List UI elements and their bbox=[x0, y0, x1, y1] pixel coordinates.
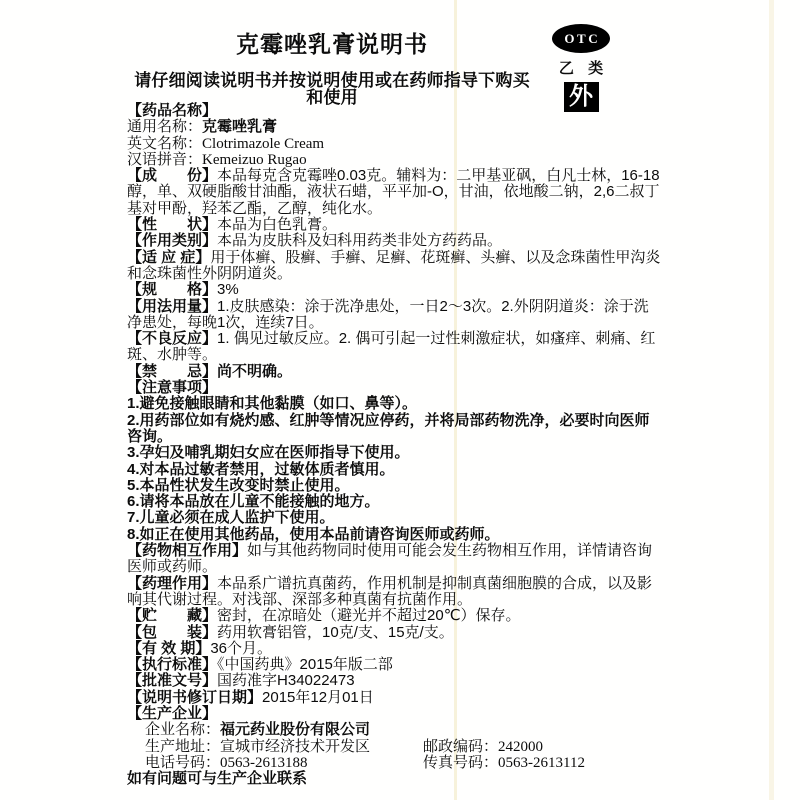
precaution-item: 1.避免接触眼睛和其他黏膜（如口、鼻等）。 bbox=[127, 396, 663, 412]
section-specification: 【规 格】3% bbox=[127, 282, 663, 298]
section-head: 【适 应 症】 bbox=[127, 249, 210, 266]
precaution-item: 8.如正在使用其他药品，使用本品前请咨询医师或药师。 bbox=[127, 527, 663, 543]
section-head: 【执行标准】 bbox=[127, 656, 217, 673]
section-text: 《中国药典》2015年版二部 bbox=[217, 656, 393, 673]
manufacturer-zip: 邮政编码：242000 bbox=[423, 739, 543, 755]
scan-artifact-line bbox=[769, 0, 774, 800]
section-head: 【作用类别】 bbox=[127, 232, 217, 249]
section-approval-number: 【批准文号】国药准字H34022473 bbox=[127, 673, 663, 689]
otc-logo-icon: OTC bbox=[552, 24, 610, 53]
section-contraindications: 【禁 忌】尚不明确。 bbox=[127, 364, 663, 380]
section-pharmacology: 【药理作用】本品系广谱抗真菌药，作用机制是抑制真菌细胞膜的合成，以及影响其代谢过… bbox=[127, 576, 663, 609]
pinyin-name-row: 汉语拼音：Kemeizuo Rugao bbox=[127, 152, 663, 168]
read-instructions-notice: 请仔细阅读说明书并按说明使用或在药师指导下购买和使用 bbox=[127, 72, 537, 106]
phone-value: 0563-2613188 bbox=[220, 755, 308, 771]
section-composition: 【成 份】本品每克含克霉唑0.03克。辅料为：二甲基亚砜，白凡士林，16-18醇… bbox=[127, 168, 663, 217]
manufacturer-address: 生产地址：宣城市经济技术开发区 bbox=[145, 739, 423, 755]
section-text: 本品为皮肤科及妇科用药类非处方药药品。 bbox=[217, 232, 502, 249]
english-name-row: 英文名称：Clotrimazole Cream bbox=[127, 136, 663, 152]
section-head: 【注意事项】 bbox=[127, 379, 217, 396]
manufacturer-name-label: 企业名称： bbox=[145, 721, 220, 738]
section-head: 【药理作用】 bbox=[127, 575, 217, 592]
zip-label: 邮政编码： bbox=[423, 738, 498, 755]
manufacturer-name-row: 企业名称：福元药业股份有限公司 bbox=[127, 722, 663, 738]
section-head: 【用法用量】 bbox=[127, 298, 217, 315]
section-dosage: 【用法用量】1.皮肤感染：涂于洗净患处，一日2～3次。2.外阴阴道炎：涂于洗净患… bbox=[127, 299, 663, 332]
section-validity-period: 【有 效 期】36个月。 bbox=[127, 641, 663, 657]
manufacturer-address-row: 生产地址：宣城市经济技术开发区 邮政编码：242000 bbox=[127, 739, 663, 755]
section-head: 【性 状】 bbox=[127, 216, 217, 233]
section-precautions-heading: 【注意事项】 bbox=[127, 380, 663, 396]
precaution-item: 2.用药部位如有烧灼感、红肿等情况应停药，并将局部药物洗净，必要时向医师咨询。 bbox=[127, 413, 663, 446]
section-revision-date: 【说明书修订日期】2015年12月01日 bbox=[127, 690, 663, 706]
section-head: 【药品名称】 bbox=[127, 102, 217, 119]
section-head: 【药物相互作用】 bbox=[127, 542, 247, 559]
section-head: 【成 份】 bbox=[127, 167, 217, 184]
section-drug-interactions: 【药物相互作用】如与其他药物同时使用可能会发生药物相互作用，详情请咨询医师或药师… bbox=[127, 543, 663, 576]
section-text: 国药准字H34022473 bbox=[217, 672, 355, 689]
zip-value: 242000 bbox=[498, 739, 543, 755]
precaution-item: 4.对本品过敏者禁用，过敏体质者慎用。 bbox=[127, 462, 663, 478]
section-description: 【性 状】本品为白色乳膏。 bbox=[127, 217, 663, 233]
section-adverse-reactions: 【不良反应】1. 偶见过敏反应。2. 偶可引起一过性刺激症状，如瘙痒、刺痛、红斑… bbox=[127, 331, 663, 364]
precaution-item: 6.请将本品放在儿童不能接触的地方。 bbox=[127, 494, 663, 510]
section-action-category: 【作用类别】本品为皮肤科及妇科用药类非处方药药品。 bbox=[127, 233, 663, 249]
leaflet-header: 克霉唑乳膏说明书 请仔细阅读说明书并按说明使用或在药师指导下购买和使用 bbox=[127, 33, 537, 106]
manufacturer-phone-row: 电话号码：0563-2613188 传真号码：0563-2613112 bbox=[127, 755, 663, 771]
page-title: 克霉唑乳膏说明书 bbox=[127, 33, 537, 56]
section-packaging: 【包 装】药用软膏铝管，10克/支、15克/支。 bbox=[127, 625, 663, 641]
section-head: 【不良反应】 bbox=[127, 330, 217, 347]
section-text: 密封，在凉暗处（避光并不超过20℃）保存。 bbox=[217, 607, 521, 624]
section-text: 36个月。 bbox=[210, 640, 272, 657]
precaution-item: 3.孕妇及哺乳期妇女应在医师指导下使用。 bbox=[127, 445, 663, 461]
manufacturer-fax: 传真号码：0563-2613112 bbox=[423, 755, 585, 771]
contact-note: 如有问题可与生产企业联系 bbox=[127, 771, 663, 787]
phone-label: 电话号码： bbox=[145, 754, 220, 771]
section-head: 【禁 忌】 bbox=[127, 363, 217, 380]
section-text: 药用软膏铝管，10克/支、15克/支。 bbox=[217, 624, 454, 641]
section-indications: 【适 应 症】用于体癣、股癣、手癣、足癣、花斑癣、头癣、以及念珠菌性甲沟炎和念珠… bbox=[127, 250, 663, 283]
english-name-label: 英文名称： bbox=[127, 135, 202, 152]
drug-leaflet-page: 克霉唑乳膏说明书 请仔细阅读说明书并按说明使用或在药师指导下购买和使用 OTC … bbox=[0, 0, 800, 800]
english-name-value: Clotrimazole Cream bbox=[202, 136, 324, 152]
address-value: 宣城市经济技术开发区 bbox=[220, 738, 370, 755]
manufacturer-phone: 电话号码：0563-2613188 bbox=[145, 755, 423, 771]
generic-name-row: 通用名称：克霉唑乳膏 bbox=[127, 119, 663, 135]
section-head: 【规 格】 bbox=[127, 281, 217, 298]
section-head: 【说明书修订日期】 bbox=[127, 689, 262, 706]
section-head: 【有 效 期】 bbox=[127, 640, 210, 657]
precaution-item: 5.本品性状发生改变时禁止使用。 bbox=[127, 478, 663, 494]
section-head: 【包 装】 bbox=[127, 624, 217, 641]
pinyin-name-value: Kemeizuo Rugao bbox=[202, 152, 307, 168]
generic-name-label: 通用名称： bbox=[127, 118, 202, 135]
otc-class-label: 乙 类 bbox=[552, 57, 610, 78]
generic-name-value: 克霉唑乳膏 bbox=[202, 118, 277, 135]
section-head: 【生产企业】 bbox=[127, 705, 217, 722]
manufacturer-name: 企业名称：福元药业股份有限公司 bbox=[145, 722, 370, 738]
fax-label: 传真号码： bbox=[423, 754, 498, 771]
address-label: 生产地址： bbox=[145, 738, 220, 755]
manufacturer-name-value: 福元药业股份有限公司 bbox=[220, 721, 370, 738]
section-storage: 【贮 藏】密封，在凉暗处（避光并不超过20℃）保存。 bbox=[127, 608, 663, 624]
section-manufacturer-heading: 【生产企业】 bbox=[127, 706, 663, 722]
section-drug-name-heading: 【药品名称】 bbox=[127, 103, 663, 119]
otc-badge: OTC 乙 类 外 bbox=[552, 24, 610, 112]
section-head: 【批准文号】 bbox=[127, 672, 217, 689]
section-head: 【贮 藏】 bbox=[127, 607, 217, 624]
section-text: 本品为白色乳膏。 bbox=[217, 216, 337, 233]
section-standard: 【执行标准】《中国药典》2015年版二部 bbox=[127, 657, 663, 673]
section-text: 尚不明确。 bbox=[217, 363, 292, 380]
fax-value: 0563-2613112 bbox=[498, 755, 585, 771]
section-text: 2015年12月01日 bbox=[262, 689, 374, 706]
leaflet-body: 【药品名称】 通用名称：克霉唑乳膏 英文名称：Clotrimazole Crea… bbox=[127, 103, 663, 787]
section-text: 3% bbox=[217, 281, 239, 298]
pinyin-name-label: 汉语拼音： bbox=[127, 151, 202, 168]
precaution-item: 7.儿童必须在成人监护下使用。 bbox=[127, 510, 663, 526]
